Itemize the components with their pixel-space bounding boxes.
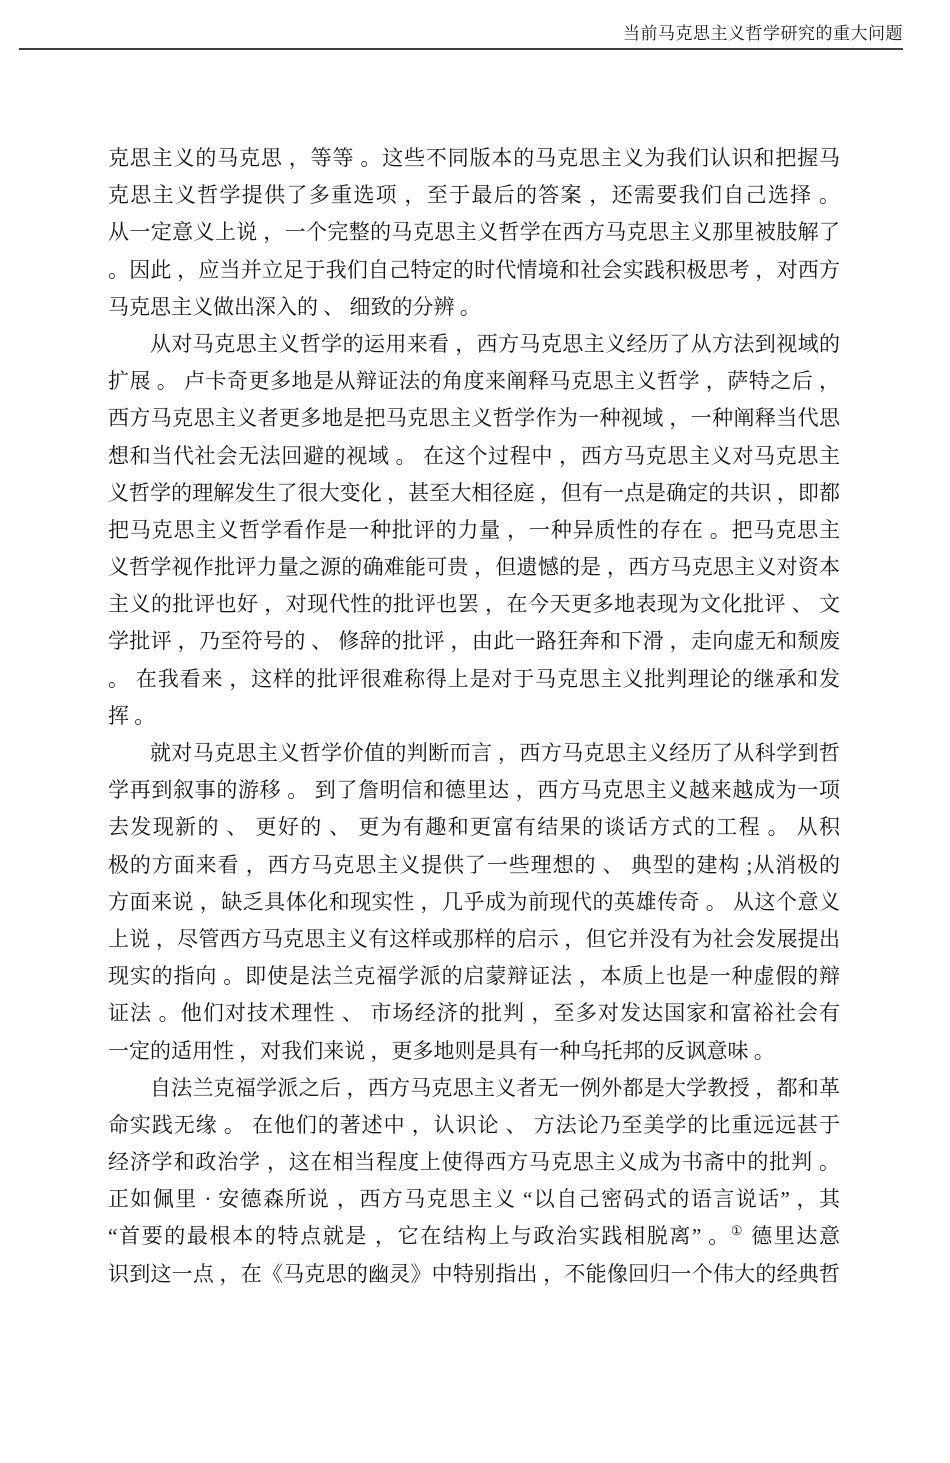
text-line: 经济学和政治学 ，这在相当程度上使得西方马克思主义成为书斋中的批判 。 — [108, 1144, 840, 1181]
text-line: 克思主义哲学提供了多重选项 ，至于最后的答案 ，还需要我们自己选择 。 — [108, 177, 840, 214]
text-line: 想和当代社会无法回避的视域 。 在这个过程中 ，西方马克思主义对马克思主 — [108, 438, 840, 475]
text-line: 从一定意义上说 ，一个完整的马克思主义哲学在西方马克思主义那里被肢解了 — [108, 214, 840, 251]
text-line: 自法兰克福学派之后 ，西方马克思主义者无一例外都是大学教授 ，都和革 — [108, 1070, 840, 1107]
text-line: 西方马克思主义者更多地是把马克思主义哲学作为一种视域 ，一种阐释当代思 — [108, 400, 840, 437]
text-line: 命实践无缘 。 在他们的著述中 ，认识论 、 方法论乃至美学的比重远远甚于 — [108, 1107, 840, 1144]
text-line: 学再到叙事的游移 。 到了詹明信和德里达 ，西方马克思主义越来越成为一项 — [108, 772, 840, 809]
document-body: 克思主义的马克思 ，等等 。这些不同版本的马克思主义为我们认识和把握马克思主义哲… — [108, 140, 840, 1293]
page-header: 当前马克思主义哲学研究的重大问题 — [19, 19, 903, 44]
text-line: 义哲学视作批评力量之源的确难能可贵 ，但遗憾的是 ，西方马克思主义对资本 — [108, 549, 840, 586]
text-line: 去发现新的 、 更好的 、 更为有趣和更富有结果的谈话方式的工程 。 从积 — [108, 809, 840, 846]
text-line: 方面来说 ，缺乏具体化和现实性 ，几乎成为前现代的英雄传奇 。 从这个意义 — [108, 884, 840, 921]
text-line: 识到这一点 ，在《马克思的幽灵》中特别指出 ，不能像回归一个伟大的经典哲 — [108, 1256, 840, 1293]
document-page: 当前马克思主义哲学研究的重大问题 克思主义的马克思 ，等等 。这些不同版本的马克… — [0, 0, 950, 1463]
header-rule — [19, 48, 903, 50]
text-line: 义哲学的理解发生了很大变化 ，甚至大相径庭 ，但有一点是确定的共识 ，即都 — [108, 475, 840, 512]
text-line: “首要的最根本的特点就是 ，它在结构上与政治实践相脱离” 。① 德里达意 — [108, 1218, 840, 1255]
text-line: 。因此 ，应当并立足于我们自己特定的时代情境和社会实践积极思考 ，对西方 — [108, 252, 840, 289]
text-line: 上说 ，尽管西方马克思主义有这样或那样的启示 ，但它并没有为社会发展提出 — [108, 921, 840, 958]
text-line: 扩展 。 卢卡奇更多地是从辩证法的角度来阐释马克思主义哲学 ，萨特之后 ， — [108, 363, 840, 400]
running-head-title: 当前马克思主义哲学研究的重大问题 — [623, 24, 903, 44]
text-line: 证法 。他们对技术理性 、 市场经济的批判 ，至多对发达国家和富裕社会有 — [108, 995, 840, 1032]
text-line: 挥 。 — [108, 698, 840, 735]
footnote-ref-1: ① — [731, 1223, 744, 1238]
text-line: 就对马克思主义哲学价值的判断而言 ，西方马克思主义经历了从科学到哲 — [108, 735, 840, 772]
text-line: 一定的适用性 ，对我们来说 ，更多地则是具有一种乌托邦的反讽意味 。 — [108, 1033, 840, 1070]
text-line: 主义的批评也好 ，对现代性的批评也罢 ，在今天更多地表现为文化批评 、 文 — [108, 586, 840, 623]
text-line: 学批评 ，乃至符号的 、 修辞的批评 ，由此一路狂奔和下滑 ，走向虚无和颓废 — [108, 623, 840, 660]
text-line: 从对马克思主义哲学的运用来看 ，西方马克思主义经历了从方法到视域的 — [108, 326, 840, 363]
text-line: 克思主义的马克思 ，等等 。这些不同版本的马克思主义为我们认识和把握马 — [108, 140, 840, 177]
text-line: 。 在我看来 ，这样的批评很难称得上是对于马克思主义批判理论的继承和发 — [108, 661, 840, 698]
text-line: 正如佩里 · 安德森所说 ，西方马克思主义 “以自己密码式的语言说话” ，其 — [108, 1181, 840, 1218]
text-line: 把马克思主义哲学看作是一种批评的力量 ，一种异质性的存在 。把马克思主 — [108, 512, 840, 549]
text-line: 现实的指向 。即使是法兰克福学派的启蒙辩证法 ，本质上也是一种虚假的辩 — [108, 958, 840, 995]
text-line: 马克思主义做出深入的 、 细致的分辨 。 — [108, 289, 840, 326]
text-line: 极的方面来看 ，西方马克思主义提供了一些理想的 、 典型的建构 ;从消极的 — [108, 847, 840, 884]
